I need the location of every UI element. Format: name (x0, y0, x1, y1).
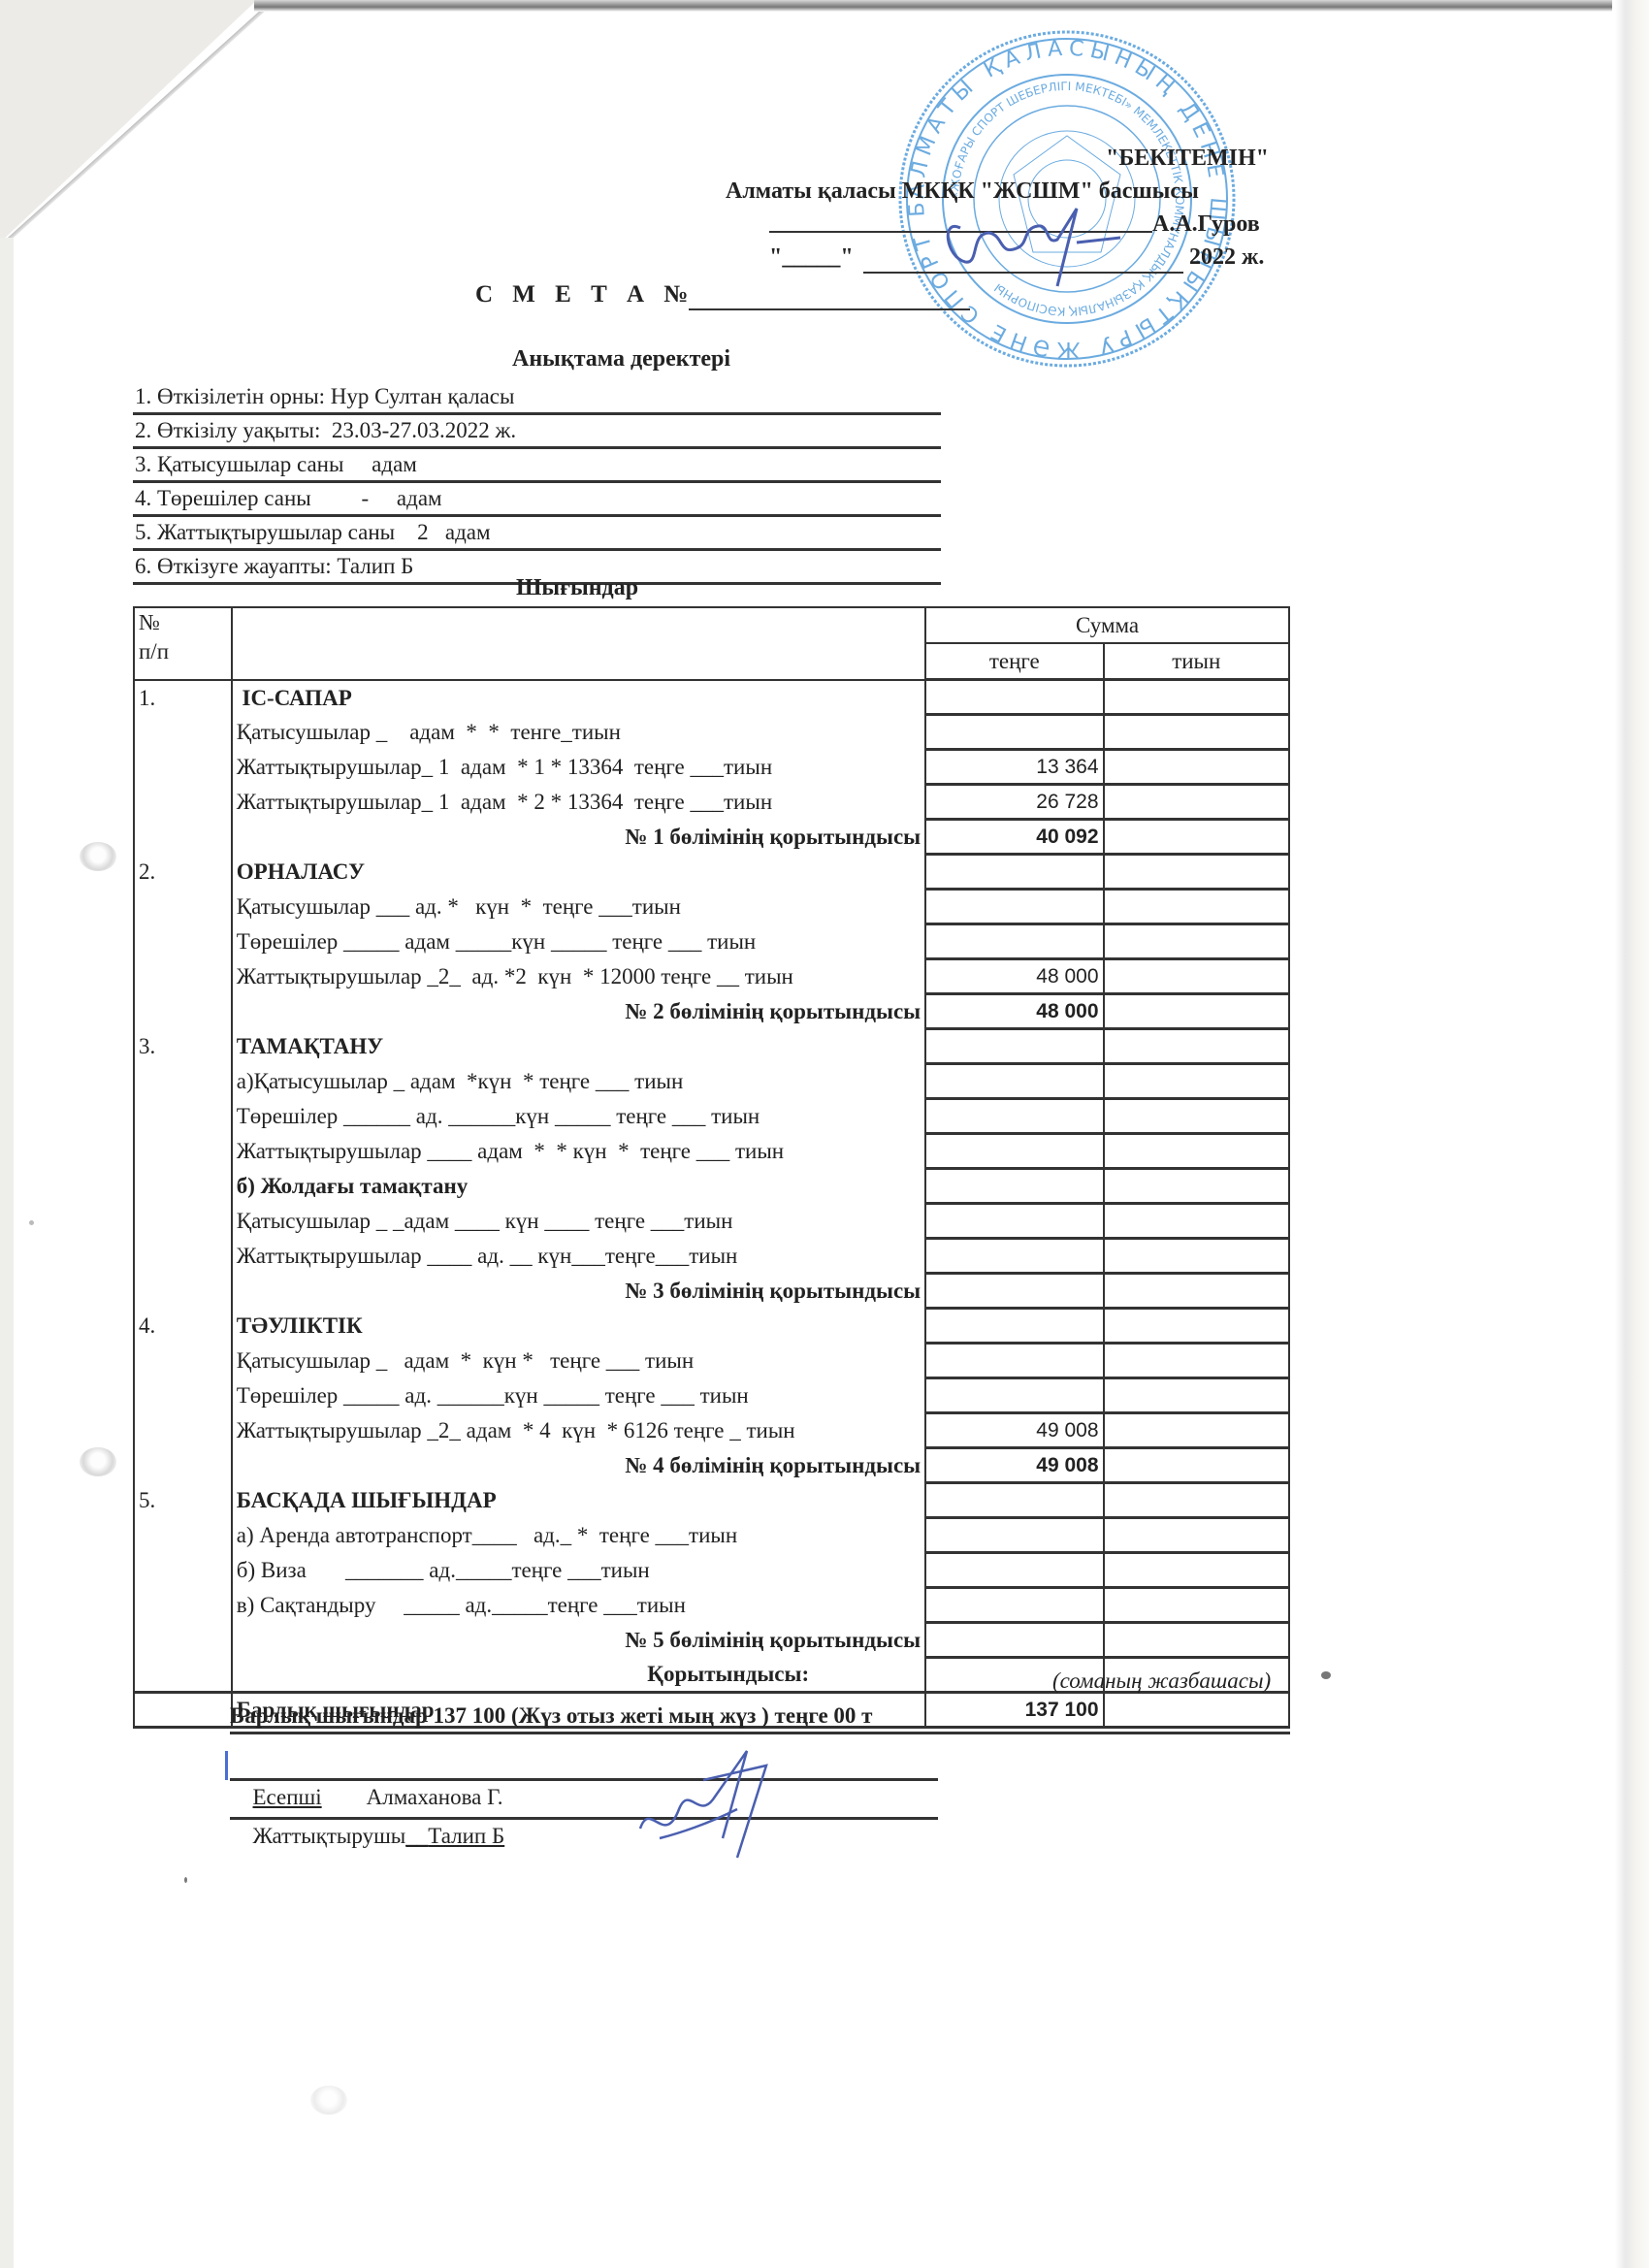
speck (184, 1877, 187, 1883)
row-tenge (925, 1064, 1103, 1099)
row-number (134, 1064, 232, 1099)
row-tenge (925, 1169, 1103, 1204)
coach-name: Талип Б (428, 1824, 504, 1848)
row-tiyn (1104, 1099, 1289, 1134)
row-tenge (925, 1134, 1103, 1169)
reference-list: 1. Өткізілетін орны: Нур Султан қаласы2.… (133, 381, 941, 585)
row-tiyn (1104, 1134, 1289, 1169)
row-tiyn (1104, 1553, 1289, 1588)
expenses-table: №п/п Сумма теңге тиын 1. ІС-САПАРҚатысуш… (133, 606, 1290, 1729)
row-tenge (925, 890, 1103, 924)
table-row: Жаттықтырушылар ____ адам * * күн * теңг… (134, 1134, 1289, 1169)
accountant-line: Есепші Алмаханова Г. (230, 1749, 938, 1781)
header-number: №п/п (134, 607, 232, 680)
header-tiyn: тиын (1104, 643, 1289, 680)
approval-signatory: А.А.Гуров (1152, 211, 1260, 238)
row-tenge: 49 008 (925, 1448, 1103, 1483)
row-tenge (925, 1309, 1103, 1344)
page-right-edge (1615, 0, 1649, 2268)
document-title: С М Е Т А № (475, 281, 695, 308)
row-tenge (925, 1623, 1103, 1658)
row-tiyn (1104, 820, 1289, 855)
row-description: в) Сақтандыру _____ ад._____теңге ___тиы… (232, 1588, 925, 1623)
coach-line: Жаттықтырушы__Талип Б (230, 1788, 938, 1820)
table-row: № 3 бөлімінің қорытындысы (134, 1274, 1289, 1309)
row-tiyn (1104, 715, 1289, 750)
table-row: б) Виза _______ ад._____теңге ___тиын (134, 1553, 1289, 1588)
reference-item: 3. Қатысушылар саны адам (133, 449, 941, 483)
reference-item: 4. Төрешілер саны - адам (133, 483, 941, 517)
punch-hole (80, 842, 116, 871)
row-tenge (925, 924, 1103, 959)
row-description: Төрешілер _____ ад. ______күн _____ теңг… (232, 1378, 925, 1413)
table-row: 5.БАСҚАДА ШЫҒЫНДАР (134, 1483, 1289, 1518)
row-description: а)Қатысушылар _ адам *күн * теңге ___ ти… (232, 1064, 925, 1099)
row-tenge (925, 1099, 1103, 1134)
table-row: Төрешілер _____ адам _____күн _____ теңг… (134, 924, 1289, 959)
row-number (134, 1448, 232, 1483)
row-tenge (925, 1274, 1103, 1309)
row-tiyn (1104, 959, 1289, 994)
row-tiyn (1104, 924, 1289, 959)
table-row: б) Жолдағы тамақтану (134, 1169, 1289, 1204)
reference-item: 5. Жаттықтырушылар саны 2 адам (133, 517, 941, 551)
row-description: Төрешілер _____ адам _____күн _____ теңг… (232, 924, 925, 959)
table-row: № 1 бөлімінің қорытындысы40 092 (134, 820, 1289, 855)
reference-heading: Анықтама деректері (512, 346, 730, 373)
table-header-row: №п/п Сумма (134, 607, 1289, 643)
table-row: Жаттықтырушылар ____ ад. __ күн___теңге_… (134, 1239, 1289, 1274)
speck (1321, 1671, 1331, 1679)
table-row: в) Сақтандыру _____ ад._____теңге ___тиы… (134, 1588, 1289, 1623)
row-tenge (925, 680, 1103, 715)
table-row: Төрешілер ______ ад. ______күн _____ тең… (134, 1099, 1289, 1134)
punch-hole (310, 2086, 347, 2115)
smeta-number-field (689, 308, 970, 310)
table-row: Қатысушылар _ _адам ____ күн ____ теңге … (134, 1204, 1289, 1239)
table-row: 2.ОРНАЛАСУ (134, 855, 1289, 890)
row-number (134, 750, 232, 785)
table-row: № 2 бөлімінің қорытындысы48 000 (134, 994, 1289, 1029)
row-tenge: 40 092 (925, 820, 1103, 855)
row-tenge (925, 1204, 1103, 1239)
approval-heading: "БЕКІТЕМІН" (1106, 146, 1269, 172)
row-tenge: 48 000 (925, 959, 1103, 994)
table-row: Төрешілер _____ ад. ______күн _____ теңг… (134, 1378, 1289, 1413)
row-tenge: 48 000 (925, 994, 1103, 1029)
approval-date-day: "_____" (769, 244, 859, 271)
pen-mark (225, 1751, 228, 1780)
row-description: Жаттықтырушылар ____ ад. __ күн___теңге_… (232, 1239, 925, 1274)
expenses-heading: Шығындар (516, 575, 638, 601)
row-description: ТАМАҚТАНУ (232, 1029, 925, 1064)
reference-item: 2. Өткізілу уақыты: 23.03-27.03.2022 ж. (133, 415, 941, 449)
row-description: ОРНАЛАСУ (232, 855, 925, 890)
row-number (134, 715, 232, 750)
row-description: Қатысушылар _ адам * * тенге_тиын (232, 715, 925, 750)
table-row: Жаттықтырушылар_ 1 адам * 1 * 13364 теңг… (134, 750, 1289, 785)
row-description: Қорытындысы: (232, 1658, 925, 1693)
row-tiyn (1104, 1623, 1289, 1658)
row-tenge: 49 008 (925, 1413, 1103, 1448)
table-row: Қатысушылар _ адам * * тенге_тиын (134, 715, 1289, 750)
row-number (134, 1658, 232, 1693)
row-description: а) Аренда автотранспорт____ ад._ * теңге… (232, 1518, 925, 1553)
row-number (134, 1239, 232, 1274)
row-description: Қатысушылар _ адам * күн * теңге ___ тиы… (232, 1344, 925, 1378)
row-number (134, 1553, 232, 1588)
row-tenge (925, 715, 1103, 750)
row-tiyn (1104, 994, 1289, 1029)
table-row: № 4 бөлімінің қорытындысы49 008 (134, 1448, 1289, 1483)
row-description: № 4 бөлімінің қорытындысы (232, 1448, 925, 1483)
row-tiyn (1104, 1239, 1289, 1274)
row-tiyn (1104, 1588, 1289, 1623)
row-tiyn (1104, 1483, 1289, 1518)
row-tenge (925, 1588, 1103, 1623)
row-number (134, 994, 232, 1029)
header-sum: Сумма (925, 607, 1289, 643)
row-description: ТӘУЛІКТІК (232, 1309, 925, 1344)
row-number (134, 1204, 232, 1239)
row-tiyn (1104, 1448, 1289, 1483)
table-row: а)Қатысушылар _ адам *күн * теңге ___ ти… (134, 1064, 1289, 1099)
row-tenge (925, 855, 1103, 890)
row-number (134, 959, 232, 994)
row-number (134, 1134, 232, 1169)
row-tiyn (1104, 1029, 1289, 1064)
total-in-words: Барлық шығындар 137 100 (Жүз отыз жеті м… (230, 1701, 1290, 1734)
table-row: Қатысушылар _ адам * күн * теңге ___ тиы… (134, 1344, 1289, 1378)
row-number (134, 1344, 232, 1378)
row-number (134, 1099, 232, 1134)
folded-corner (0, 0, 257, 243)
row-tenge (925, 1483, 1103, 1518)
table-row: Жаттықтырушылар _2_ ад. *2 күн * 12000 т… (134, 959, 1289, 994)
row-description: Жаттықтырушылар_ 1 адам * 1 * 13364 теңг… (232, 750, 925, 785)
row-description: № 2 бөлімінің қорытындысы (232, 994, 925, 1029)
reference-item: 1. Өткізілетін орны: Нур Султан қаласы (133, 381, 941, 415)
row-number (134, 1274, 232, 1309)
row-description: Жаттықтырушылар _2_ ад. *2 күн * 12000 т… (232, 959, 925, 994)
row-number (134, 924, 232, 959)
row-tenge (925, 1378, 1103, 1413)
row-tiyn (1104, 680, 1289, 715)
table-row: 4.ТӘУЛІКТІК (134, 1309, 1289, 1344)
row-number (134, 1588, 232, 1623)
punch-hole (80, 1447, 116, 1476)
page-left-edge (0, 238, 14, 2268)
row-tiyn (1104, 750, 1289, 785)
table-row: № 5 бөлімінің қорытындысы (134, 1623, 1289, 1658)
approval-date-year: 2022 ж. (1183, 244, 1264, 271)
row-tiyn (1104, 1169, 1289, 1204)
row-tiyn (1104, 1378, 1289, 1413)
row-tiyn (1104, 890, 1289, 924)
table-row: а) Аренда автотранспорт____ ад._ * теңге… (134, 1518, 1289, 1553)
row-number: 2. (134, 855, 232, 890)
row-number: 5. (134, 1483, 232, 1518)
row-tiyn (1104, 855, 1289, 890)
row-number (134, 1413, 232, 1448)
row-description: б) Жолдағы тамақтану (232, 1169, 925, 1204)
row-tiyn (1104, 785, 1289, 820)
row-number (134, 820, 232, 855)
header-tenge: теңге (925, 643, 1103, 680)
row-tenge (925, 1029, 1103, 1064)
row-number (134, 785, 232, 820)
row-tiyn (1104, 1309, 1289, 1344)
row-description: № 1 бөлімінің қорытындысы (232, 820, 925, 855)
row-tiyn (1104, 1064, 1289, 1099)
row-description: № 5 бөлімінің қорытындысы (232, 1623, 925, 1658)
coach-signature-icon (621, 1741, 815, 1877)
row-number (134, 1518, 232, 1553)
row-tenge: 26 728 (925, 785, 1103, 820)
row-tenge: 13 364 (925, 750, 1103, 785)
table-row: 3.ТАМАҚТАНУ (134, 1029, 1289, 1064)
table-row: Қатысушылар ___ ад. * күн * теңге ___тиы… (134, 890, 1289, 924)
director-signature-icon (931, 189, 1135, 296)
row-description: № 3 бөлімінің қорытындысы (232, 1274, 925, 1309)
row-description: Қатысушылар ___ ад. * күн * теңге ___тиы… (232, 890, 925, 924)
row-description: Жаттықтырушылар _2_ адам * 4 күн * 6126 … (232, 1413, 925, 1448)
row-number (134, 1693, 232, 1728)
row-tiyn (1104, 1344, 1289, 1378)
table-row: 1. ІС-САПАР (134, 680, 1289, 715)
row-description: б) Виза _______ ад._____теңге ___тиын (232, 1553, 925, 1588)
table-row: Жаттықтырушылар_ 1 адам * 2 * 13364 теңг… (134, 785, 1289, 820)
row-description: Қатысушылар _ _адам ____ күн ____ теңге … (232, 1204, 925, 1239)
row-description: Жаттықтырушылар_ 1 адам * 2 * 13364 теңг… (232, 785, 925, 820)
amount-in-words-caption: (соманың жазбашасы) (1052, 1669, 1271, 1694)
row-number (134, 890, 232, 924)
row-description: БАСҚАДА ШЫҒЫНДАР (232, 1483, 925, 1518)
row-number: 1. (134, 680, 232, 715)
row-tenge (925, 1344, 1103, 1378)
row-description: Жаттықтырушылар ____ адам * * күн * теңг… (232, 1134, 925, 1169)
row-number (134, 1623, 232, 1658)
page-top-edge (254, 0, 1612, 12)
coach-role: Жаттықтырушы (253, 1824, 406, 1848)
row-number (134, 1378, 232, 1413)
row-tiyn (1104, 1204, 1289, 1239)
row-description: Төрешілер ______ ад. ______күн _____ тең… (232, 1099, 925, 1134)
row-description: ІС-САПАР (232, 680, 925, 715)
speck (29, 1220, 34, 1225)
row-tenge (925, 1553, 1103, 1588)
row-number: 4. (134, 1309, 232, 1344)
row-tiyn (1104, 1274, 1289, 1309)
row-tiyn (1104, 1413, 1289, 1448)
header-description (232, 607, 925, 680)
row-tenge (925, 1239, 1103, 1274)
row-number (134, 1169, 232, 1204)
row-number: 3. (134, 1029, 232, 1064)
row-tenge (925, 1518, 1103, 1553)
table-row: Жаттықтырушылар _2_ адам * 4 күн * 6126 … (134, 1413, 1289, 1448)
row-tiyn (1104, 1518, 1289, 1553)
